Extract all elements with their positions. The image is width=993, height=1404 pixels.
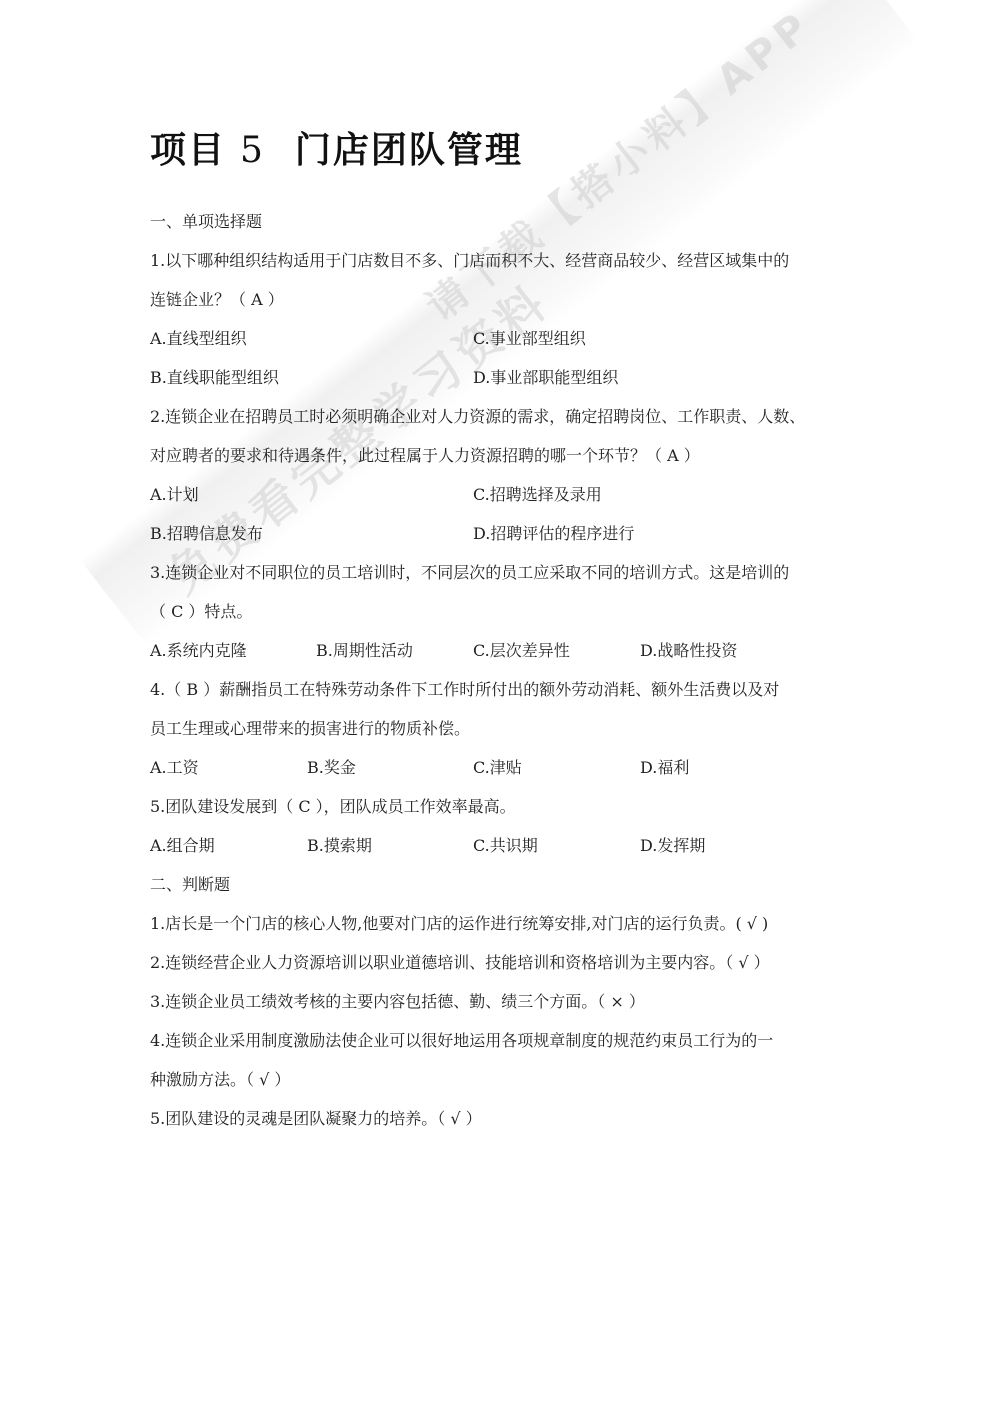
question-4-option-b: B.奖金 (307, 755, 356, 778)
question-1-option-b: B.直线职能型组织 (150, 365, 279, 388)
question-2-option-d: D.招聘评估的程序进行 (473, 521, 634, 544)
judgment-1: 1.店长是一个门店的核心人物,他要对门店的运作进行统筹安排,对门店的运行负责。(… (150, 911, 768, 934)
question-1-line-2: 连链企业？（ A ） (150, 287, 284, 310)
question-3-line-1: 3.连锁企业对不同职位的员工培训时，不同层次的员工应采取不同的培训方式。这是培训… (150, 560, 789, 583)
judgment-4-line-2: 种激励方法。（ √ ） (150, 1067, 290, 1090)
question-5-line-1: 5.团队建设发展到（ C ），团队成员工作效率最高。 (150, 794, 516, 817)
title-number: 5 (240, 130, 265, 171)
question-3-option-a: A.系统内克隆 (150, 638, 247, 661)
question-2-line-2: 对应聘者的要求和待遇条件，此过程属于人力资源招聘的哪一个环节？（ A ） (150, 443, 700, 466)
question-1-line-1: 1.以下哪种组织结构适用于门店数目不多、门店而积不大、经营商品较少、经营区域集中… (150, 248, 789, 271)
section-heading-true-false: 二、判断题 (150, 872, 230, 895)
question-5-option-a: A.组合期 (150, 833, 215, 856)
question-2-option-c: C.招聘选择及录用 (473, 482, 602, 505)
document-page: 免费看完整学习资料 请下载【搭小料】APP 项目5门店团队管理 一、单项选择题 … (0, 0, 993, 1404)
watermark: 免费看完整学习资料 请下载【搭小料】APP (80, 0, 920, 647)
section-heading-single-choice: 一、单项选择题 (150, 209, 262, 232)
watermark-band (80, 0, 920, 647)
question-1-option-a: A.直线型组织 (150, 326, 247, 349)
question-1-option-c: C.事业部型组织 (473, 326, 586, 349)
judgment-2: 2.连锁经营企业人力资源培训以职业道德培训、技能培训和资格培训为主要内容。（ √… (150, 950, 770, 973)
question-4-option-d: D.福利 (640, 755, 689, 778)
question-3-option-b: B.周期性活动 (316, 638, 413, 661)
question-2-option-b: B.招聘信息发布 (150, 521, 263, 544)
question-1-option-d: D.事业部职能型组织 (473, 365, 618, 388)
watermark-line-1: 免费看完整学习资料 (152, 266, 561, 606)
question-5-option-c: C.共识期 (473, 833, 538, 856)
question-5-option-b: B.摸索期 (307, 833, 372, 856)
question-4-line-2: 员工生理或心理带来的损害进行的物质补偿。 (150, 716, 470, 739)
judgment-5: 5.团队建设的灵魂是团队凝聚力的培养。（ √ ） (150, 1106, 482, 1129)
question-4-option-a: A.工资 (150, 755, 199, 778)
question-2-line-1: 2.连锁企业在招聘员工时必须明确企业对人力资源的需求，确定招聘岗位、工作职责、人… (150, 404, 805, 427)
page-title: 项目5门店团队管理 (150, 122, 523, 173)
question-3-line-2: （ C ）特点。 (150, 599, 252, 622)
question-3-option-c: C.层次差异性 (473, 638, 570, 661)
question-4-option-c: C.津贴 (473, 755, 522, 778)
judgment-3: 3.连锁企业员工绩效考核的主要内容包括德、勤、绩三个方面。（ × ） (150, 989, 645, 1012)
judgment-4-line-1: 4.连锁企业采用制度激励法使企业可以很好地运用各项规章制度的规范约束员工行为的一 (150, 1028, 773, 1051)
question-5-option-d: D.发挥期 (640, 833, 705, 856)
question-2-option-a: A.计划 (150, 482, 199, 505)
title-prefix: 项目 (150, 129, 226, 171)
question-3-option-d: D.战略性投资 (640, 638, 737, 661)
question-4-line-1: 4.（ B ）薪酬指员工在特殊劳动条件下工作时所付出的额外劳动消耗、额外生活费以… (150, 677, 779, 700)
title-text: 门店团队管理 (295, 129, 523, 171)
